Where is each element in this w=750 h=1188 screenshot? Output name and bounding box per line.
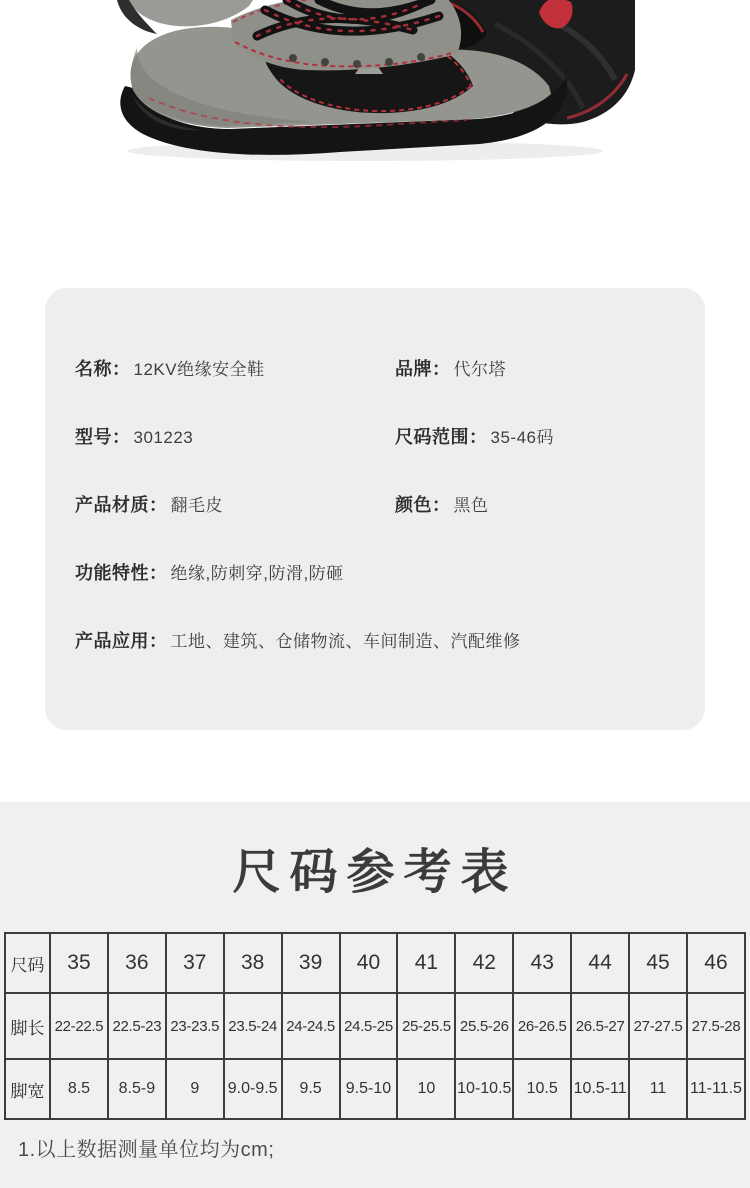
foot-width-cell: 9.5-10 xyxy=(340,1059,398,1119)
foot-length-cell: 27-27.5 xyxy=(629,993,687,1059)
foot-length-cell: 25-25.5 xyxy=(397,993,455,1059)
spec-row-5: 产品应用： 工地、建筑、仓储物流、车间制造、汽配维修 xyxy=(75,606,675,674)
spec-item-model: 型号： 301223 xyxy=(75,423,395,449)
size-cell: 45 xyxy=(629,933,687,993)
size-reference-section: 尺码参考表 尺码 35 36 37 38 39 40 41 42 43 xyxy=(0,802,750,1188)
size-cell: 38 xyxy=(224,933,282,993)
size-cell: 36 xyxy=(108,933,166,993)
size-cell: 40 xyxy=(340,933,398,993)
foot-length-cell: 25.5-26 xyxy=(455,993,513,1059)
row-header-foot-length: 脚长 xyxy=(5,993,50,1059)
foot-width-cell: 8.5 xyxy=(50,1059,108,1119)
spec-value-color: 黑色 xyxy=(454,491,489,516)
spec-label-color: 颜色： xyxy=(395,491,451,517)
foot-width-cell: 9.0-9.5 xyxy=(224,1059,282,1119)
spec-label-applications: 产品应用： xyxy=(75,627,168,653)
foot-width-cell: 9 xyxy=(166,1059,224,1119)
spec-row-2: 型号： 301223 尺码范围： 35-46码 xyxy=(75,402,675,470)
row-header-foot-width: 脚宽 xyxy=(5,1059,50,1119)
spec-label-material: 产品材质： xyxy=(75,491,168,517)
size-cell: 35 xyxy=(50,933,108,993)
size-cell: 46 xyxy=(687,933,745,993)
foot-length-cell: 26-26.5 xyxy=(513,993,571,1059)
foot-length-cell: 22-22.5 xyxy=(50,993,108,1059)
foot-length-cell: 23.5-24 xyxy=(224,993,282,1059)
foot-length-cell: 22.5-23 xyxy=(108,993,166,1059)
spec-item-features: 功能特性： 绝缘,防刺穿,防滑,防砸 xyxy=(75,559,344,585)
spec-row-1: 名称： 12KV绝缘安全鞋 品牌： 代尔塔 xyxy=(75,334,675,402)
foot-width-cell: 10 xyxy=(397,1059,455,1119)
foot-width-cell: 8.5-9 xyxy=(108,1059,166,1119)
spec-value-material: 翻毛皮 xyxy=(171,491,224,516)
foot-width-cell: 11 xyxy=(629,1059,687,1119)
foot-width-cell: 10.5 xyxy=(513,1059,571,1119)
size-cell: 42 xyxy=(455,933,513,993)
spec-card: 名称： 12KV绝缘安全鞋 品牌： 代尔塔 型号： 301223 尺码范围： 3… xyxy=(45,288,705,730)
size-table: 尺码 35 36 37 38 39 40 41 42 43 44 45 46 脚… xyxy=(4,932,746,1120)
spec-item-material: 产品材质： 翻毛皮 xyxy=(75,491,395,517)
spec-label-size-range: 尺码范围： xyxy=(395,423,488,449)
spec-row-3: 产品材质： 翻毛皮 颜色： 黑色 xyxy=(75,470,675,538)
spec-label-brand: 品牌： xyxy=(395,355,451,381)
foot-length-cell: 26.5-27 xyxy=(571,993,629,1059)
spec-item-brand: 品牌： 代尔塔 xyxy=(395,355,506,381)
spec-item-color: 颜色： 黑色 xyxy=(395,491,489,517)
row-header-size: 尺码 xyxy=(5,933,50,993)
spec-item-name: 名称： 12KV绝缘安全鞋 xyxy=(75,355,395,381)
size-cell: 39 xyxy=(282,933,340,993)
size-cell: 43 xyxy=(513,933,571,993)
spec-value-size-range: 35-46码 xyxy=(491,423,554,448)
size-table-title: 尺码参考表 xyxy=(0,848,750,898)
foot-width-cell: 9.5 xyxy=(282,1059,340,1119)
size-table-row-size: 尺码 35 36 37 38 39 40 41 42 43 44 45 46 xyxy=(5,933,745,993)
size-table-row-foot-width: 脚宽 8.5 8.5-9 9 9.0-9.5 9.5 9.5-10 10 10-… xyxy=(5,1059,745,1119)
spec-value-features: 绝缘,防刺穿,防滑,防砸 xyxy=(171,559,344,584)
foot-length-cell: 27.5-28 xyxy=(687,993,745,1059)
spec-value-brand: 代尔塔 xyxy=(454,355,507,380)
spec-row-4: 功能特性： 绝缘,防刺穿,防滑,防砸 xyxy=(75,538,675,606)
foot-length-cell: 24.5-25 xyxy=(340,993,398,1059)
measurement-note: 1.以上数据测量单位均为cm; xyxy=(18,1133,750,1162)
product-photo-section: 名称： 12KV绝缘安全鞋 品牌： 代尔塔 型号： 301223 尺码范围： 3… xyxy=(0,0,750,802)
product-photo xyxy=(115,0,635,165)
foot-width-cell: 10-10.5 xyxy=(455,1059,513,1119)
foot-length-cell: 23-23.5 xyxy=(166,993,224,1059)
size-cell: 41 xyxy=(397,933,455,993)
spec-value-model: 301223 xyxy=(134,428,194,448)
product-detail-page: 名称： 12KV绝缘安全鞋 品牌： 代尔塔 型号： 301223 尺码范围： 3… xyxy=(0,0,750,1188)
foot-width-cell: 11-11.5 xyxy=(687,1059,745,1119)
spec-item-size-range: 尺码范围： 35-46码 xyxy=(395,423,554,449)
size-cell: 44 xyxy=(571,933,629,993)
spec-value-applications: 工地、建筑、仓储物流、车间制造、汽配维修 xyxy=(171,627,521,652)
spec-item-applications: 产品应用： 工地、建筑、仓储物流、车间制造、汽配维修 xyxy=(75,627,521,653)
spec-value-name: 12KV绝缘安全鞋 xyxy=(134,355,265,380)
spec-label-model: 型号： xyxy=(75,423,131,449)
size-cell: 37 xyxy=(166,933,224,993)
foot-width-cell: 10.5-11 xyxy=(571,1059,629,1119)
foot-length-cell: 24-24.5 xyxy=(282,993,340,1059)
spec-label-features: 功能特性： xyxy=(75,559,168,585)
size-table-row-foot-length: 脚长 22-22.5 22.5-23 23-23.5 23.5-24 24-24… xyxy=(5,993,745,1059)
spec-label-name: 名称： xyxy=(75,355,131,381)
